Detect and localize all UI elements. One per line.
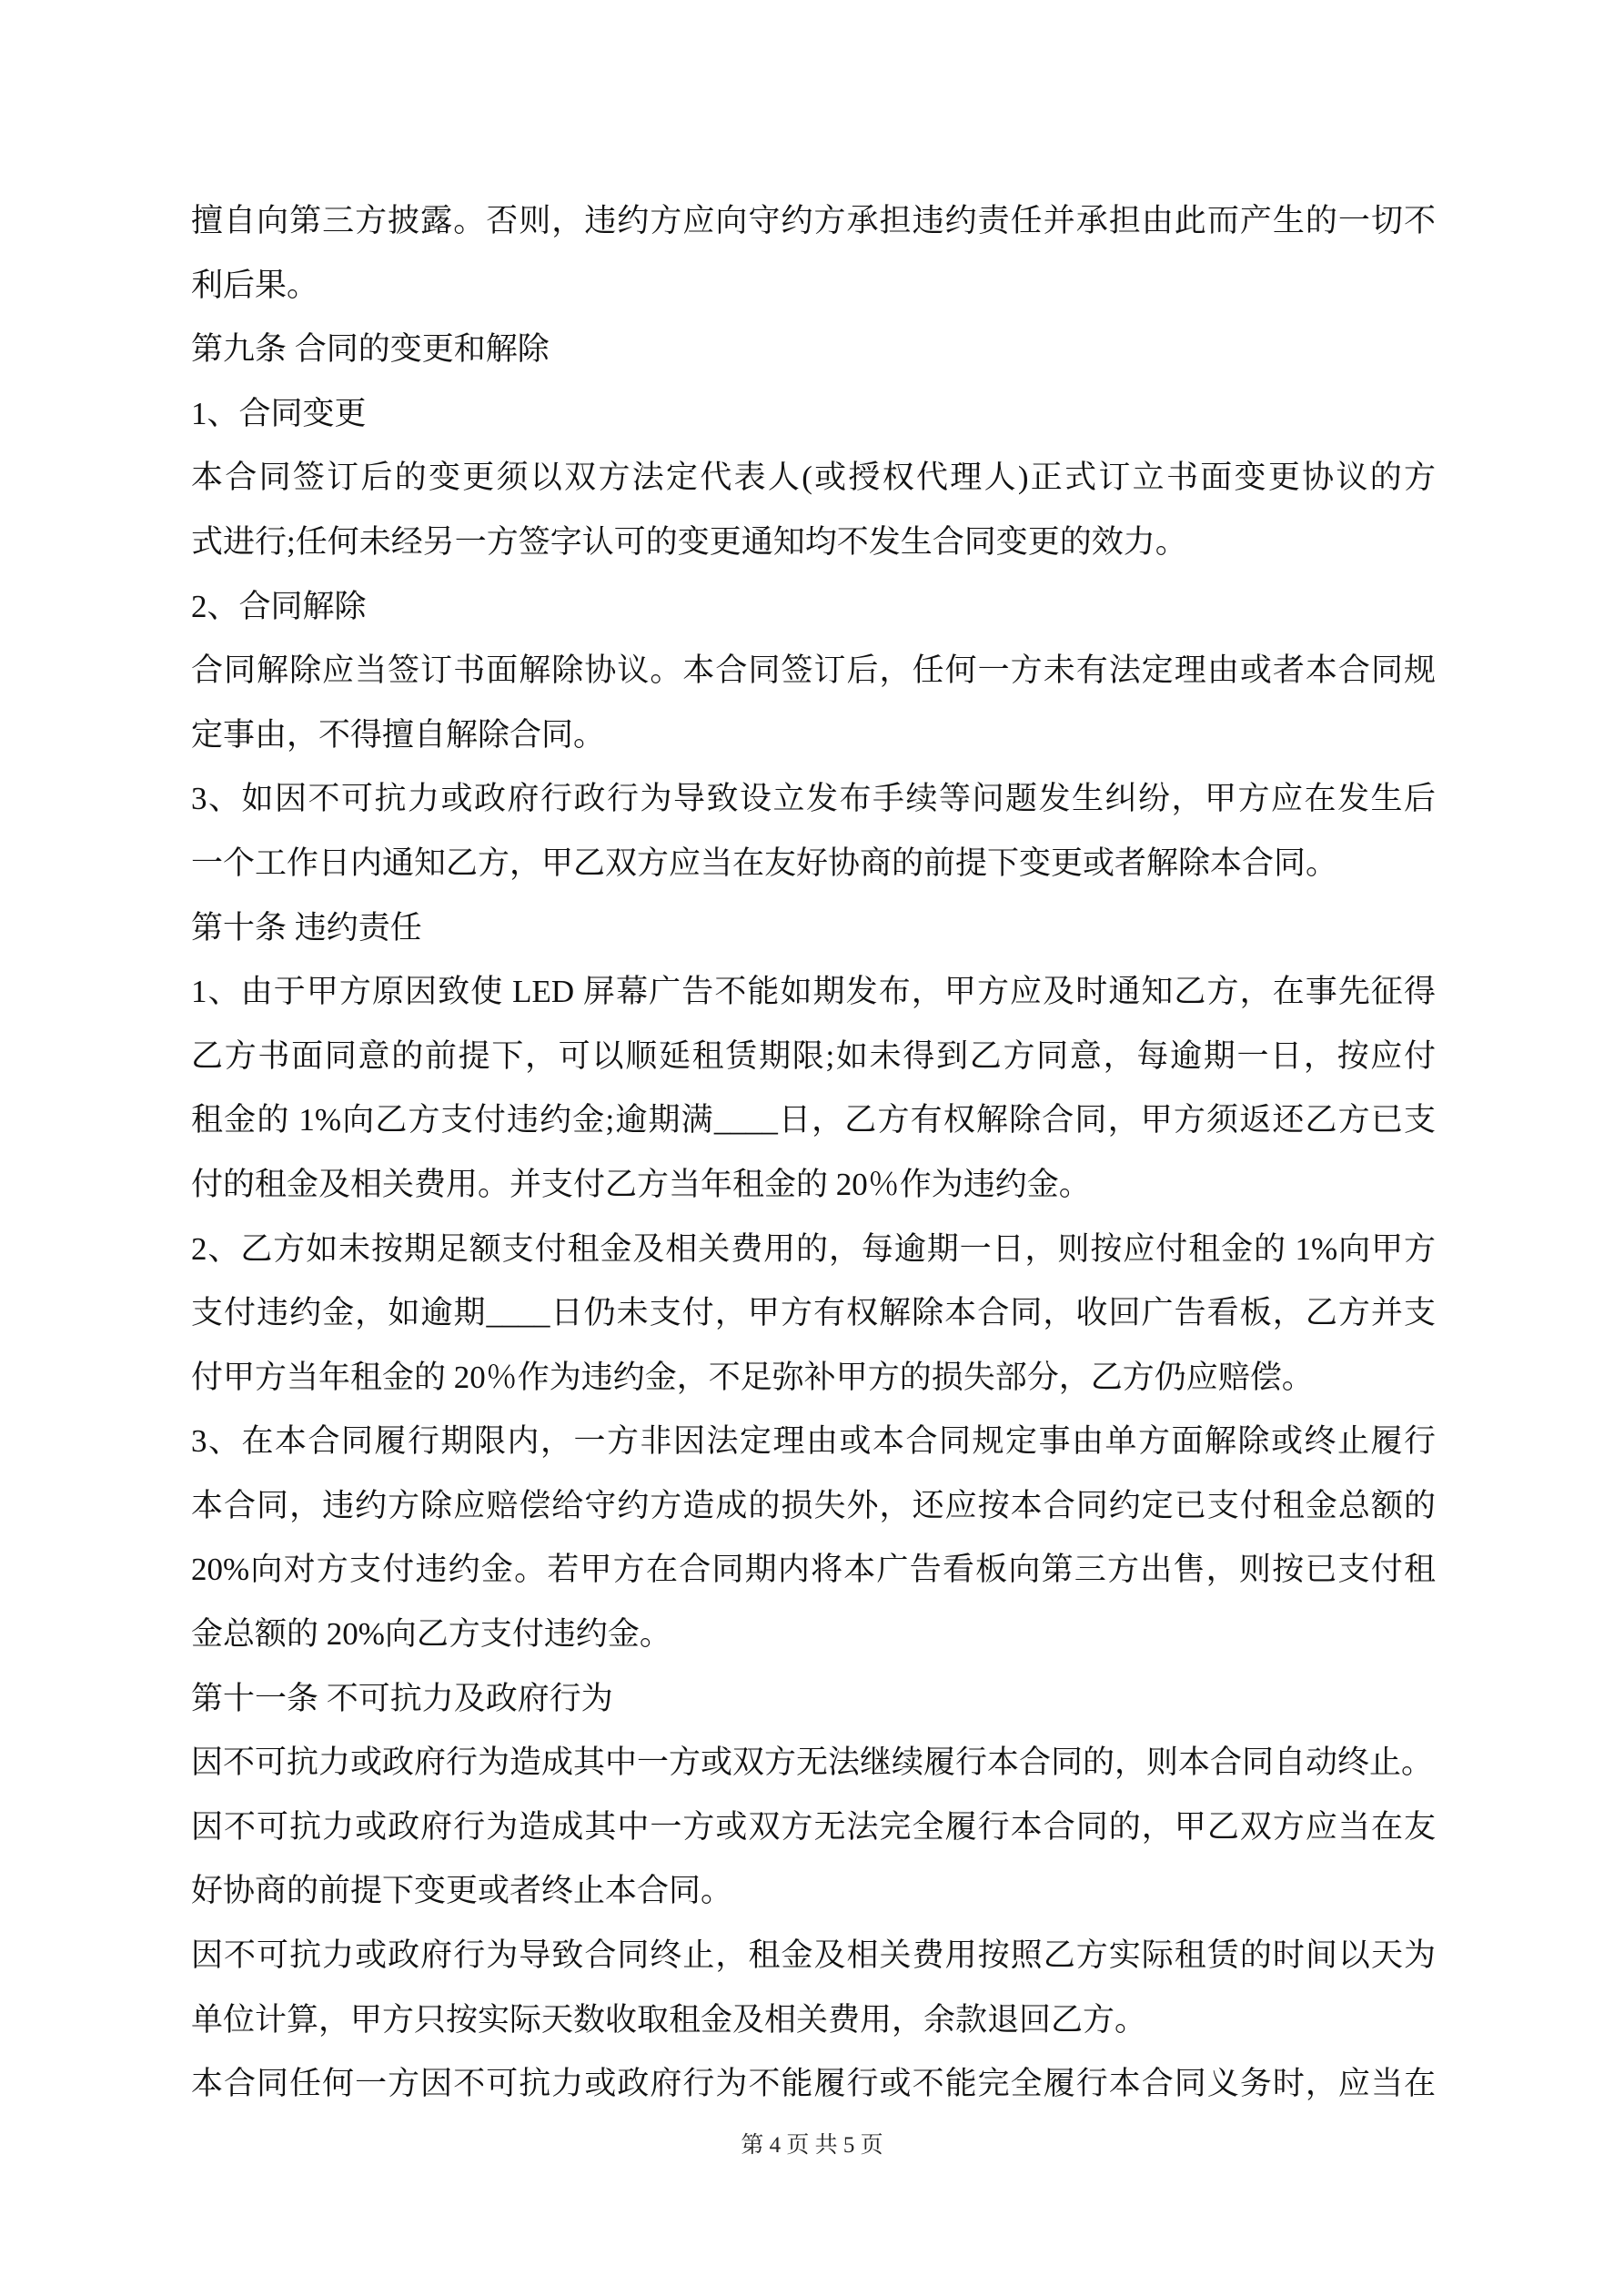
section-heading: 第十条 违约责任 — [191, 896, 1436, 961]
contract-line: 1、由于甲方原因致使 LED 屏幕广告不能如期发布，甲方应及时通知乙方，在事先征… — [191, 960, 1436, 1025]
contract-line: 本合同签订后的变更须以双方法定代表人(或授权代理人)正式订立书面变更协议的方 — [191, 446, 1436, 511]
contract-line: 因不可抗力或政府行为造成其中一方或双方无法完全履行本合同的，甲乙双方应当在友 — [191, 1795, 1436, 1860]
contract-line: 利后果。 — [191, 254, 1436, 319]
contract-line: 擅自向第三方披露。否则，违约方应向守约方承担违约责任并承担由此而产生的一切不 — [191, 189, 1436, 254]
contract-line: 20%向对方支付违约金。若甲方在合同期内将本广告看板向第三方出售，则按已支付租 — [191, 1538, 1436, 1603]
contract-line: 一个工作日内通知乙方，甲乙双方应当在友好协商的前提下变更或者解除本合同。 — [191, 832, 1436, 896]
contract-line: 单位计算，甲方只按实际天数收取租金及相关费用，余款退回乙方。 — [191, 1988, 1436, 2053]
contract-line: 1、合同变更 — [191, 382, 1436, 447]
contract-page: 擅自向第三方披露。否则，违约方应向守约方承担违约责任并承担由此而产生的一切不利后… — [0, 0, 1624, 2296]
contract-line: 租金的 1%向乙方支付违约金;逾期满____日，乙方有权解除合同，甲方须返还乙方… — [191, 1088, 1436, 1153]
section-heading: 第十一条 不可抗力及政府行为 — [191, 1667, 1436, 1732]
contract-line: 2、合同解除 — [191, 575, 1436, 640]
contract-line: 因不可抗力或政府行为导致合同终止，租金及相关费用按照乙方实际租赁的时间以天为 — [191, 1924, 1436, 1988]
contract-line: 金总额的 20%向乙方支付违约金。 — [191, 1603, 1436, 1667]
contract-line: 付的租金及相关费用。并支付乙方当年租金的 20％作为违约金。 — [191, 1153, 1436, 1218]
contract-line: 支付违约金，如逾期____日仍未支付，甲方有权解除本合同，收回广告看板，乙方并支 — [191, 1281, 1436, 1346]
contract-line: 定事由，不得擅自解除合同。 — [191, 703, 1436, 768]
contract-line: 本合同，违约方除应赔偿给守约方造成的损失外，还应按本合同约定已支付租金总额的 — [191, 1474, 1436, 1539]
contract-line: 式进行;任何未经另一方签字认可的变更通知均不发生合同变更的效力。 — [191, 511, 1436, 575]
contract-line: 合同解除应当签订书面解除协议。本合同签订后，任何一方未有法定理由或者本合同规 — [191, 639, 1436, 703]
contract-line: 本合同任何一方因不可抗力或政府行为不能履行或不能完全履行本合同义务时，应当在 — [191, 2052, 1436, 2117]
contract-line: 2、乙方如未按期足额支付租金及相关费用的，每逾期一日，则按应付租金的 1%向甲方 — [191, 1218, 1436, 1282]
contract-line: 乙方书面同意的前提下，可以顺延租赁期限;如未得到乙方同意，每逾期一日，按应付 — [191, 1025, 1436, 1089]
contract-line: 3、在本合同履行期限内，一方非因法定理由或本合同规定事由单方面解除或终止履行 — [191, 1410, 1436, 1474]
contract-line: 因不可抗力或政府行为造成其中一方或双方无法继续履行本合同的，则本合同自动终止。 — [191, 1731, 1436, 1795]
contract-line: 3、如因不可抗力或政府行政行为导致设立发布手续等问题发生纠纷，甲方应在发生后 — [191, 767, 1436, 832]
page-number-footer: 第 4 页 共 5 页 — [0, 2128, 1624, 2164]
contract-line: 付甲方当年租金的 20％作为违约金，不足弥补甲方的损失部分，乙方仍应赔偿。 — [191, 1346, 1436, 1411]
contract-line: 好协商的前提下变更或者终止本合同。 — [191, 1859, 1436, 1924]
section-heading: 第九条 合同的变更和解除 — [191, 318, 1436, 382]
contract-body: 擅自向第三方披露。否则，违约方应向守约方承担违约责任并承担由此而产生的一切不利后… — [191, 189, 1436, 2117]
